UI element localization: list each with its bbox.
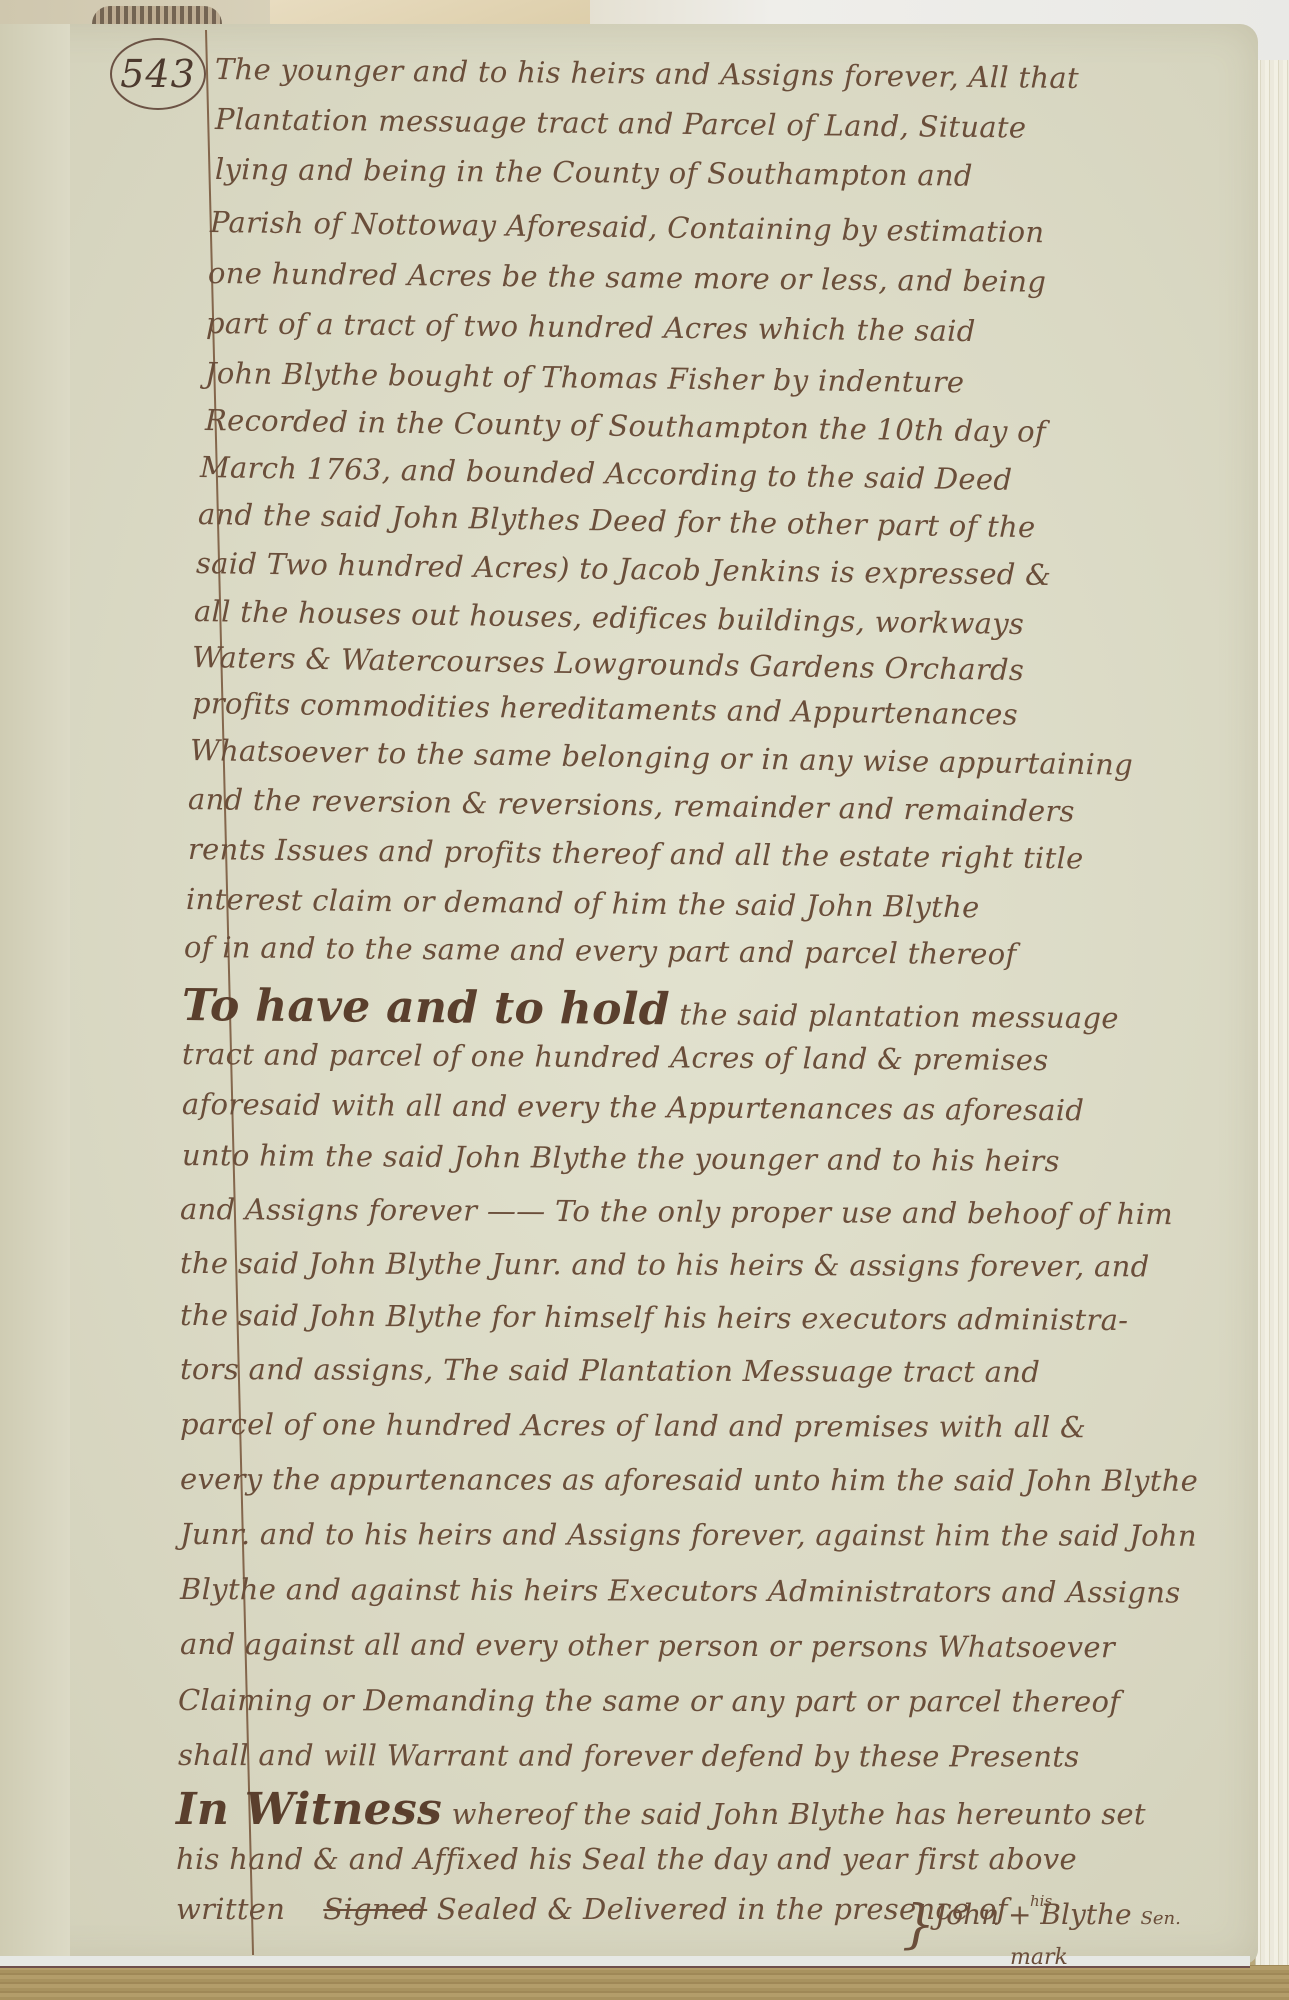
text-line: Junr. and to his heirs and Assigns forev… <box>180 1517 1197 1553</box>
text-line: tors and assigns, The said Plantation Me… <box>180 1352 1040 1389</box>
text-line: tract and parcel of one hundred Acres of… <box>182 1037 1049 1077</box>
wooden-table <box>0 1965 1289 2000</box>
signature-suffix: Sen. <box>1141 1908 1181 1929</box>
testimonium-continuation: whereof the said John Blythe has hereunt… <box>452 1797 1146 1831</box>
signature-name: John + Blythe <box>935 1898 1132 1931</box>
attestation-brace: } <box>902 1895 935 1955</box>
text-line: every the appurtenances as aforesaid unt… <box>180 1462 1198 1498</box>
habendum-continuation: the said plantation messuage <box>679 997 1119 1035</box>
text-line: of in and to the same and every part and… <box>184 930 1017 971</box>
folio-number: 543 <box>110 38 206 110</box>
folio-number-text: 543 <box>120 52 196 96</box>
written-word: written <box>176 1892 285 1926</box>
page-stack-edge <box>1255 60 1289 1965</box>
text-line: and Assigns forever —— To the only prope… <box>180 1192 1173 1231</box>
testimonium-line: In Witness whereof the said John Blythe … <box>176 1784 1146 1835</box>
text-line: Blythe and against his heirs Executors A… <box>180 1572 1181 1609</box>
attestation-line: written Signed Sealed & Delivered in the… <box>176 1892 1008 1926</box>
in-witness-heading: In Witness <box>176 1784 442 1835</box>
text-line: parcel of one hundred Acres of land and … <box>180 1407 1086 1444</box>
text-line: the said John Blythe Junr. and to his he… <box>180 1246 1150 1283</box>
signature-mark-label: mark <box>1010 1945 1068 1970</box>
to-have-and-to-hold-heading: To have and to hold <box>182 980 670 1035</box>
text-line: his hand & and Affixed his Seal the day … <box>176 1842 1077 1876</box>
page-gutter <box>0 24 70 1964</box>
text-line: Claiming or Demanding the same or any pa… <box>178 1683 1120 1719</box>
text-line: the said John Blythe for himself his hei… <box>180 1298 1129 1337</box>
text-line: and against all and every other person o… <box>180 1627 1115 1664</box>
signature: John + Blythe Sen. <box>935 1898 1181 1931</box>
text-line: unto him the said John Blythe the younge… <box>182 1138 1060 1178</box>
decorative-ornament <box>92 6 222 24</box>
signed-struck-word: Signed <box>323 1892 427 1926</box>
text-line: lying and being in the County of Southam… <box>215 152 973 193</box>
habendum-line: To have and to hold the said plantation … <box>182 980 1119 1039</box>
text-line: shall and will Warrant and forever defen… <box>178 1738 1080 1774</box>
text-line: aforesaid with all and every the Appurte… <box>182 1087 1084 1127</box>
